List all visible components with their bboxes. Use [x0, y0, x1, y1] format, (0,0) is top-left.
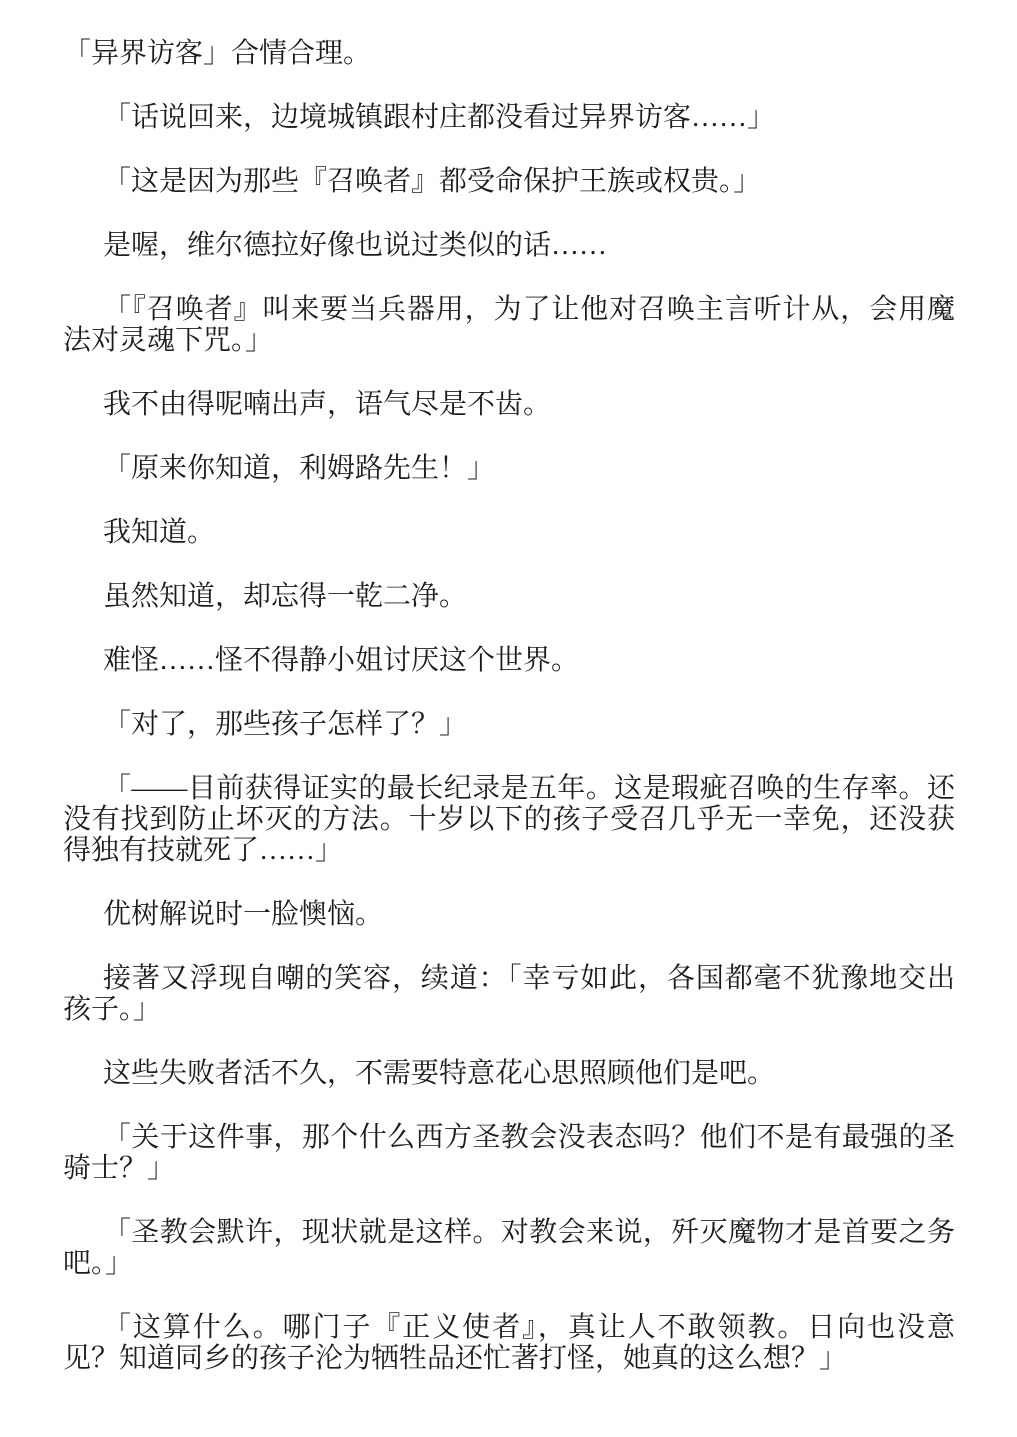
paragraph-10: 难怪……怪不得静小姐讨厌这个世界。 — [63, 645, 955, 676]
paragraph-15: 这些失败者活不久，不需要特意花心思照顾他们是吧。 — [63, 1058, 955, 1089]
paragraph-4: 是喔，维尔德拉好像也说过类似的话…… — [63, 230, 955, 261]
paragraph-7: 「原来你知道，利姆路先生！」 — [63, 453, 955, 484]
paragraph-13: 优树解说时一脸懊恼。 — [63, 899, 955, 930]
paragraph-11: 「对了，那些孩子怎样了？」 — [63, 709, 955, 740]
paragraph-12: 「——目前获得证实的最长纪录是五年。这是瑕疵召唤的生存率。还没有找到防止坏灭的方… — [63, 773, 955, 866]
paragraph-17: 「圣教会默许，现状就是这样。对教会来说，歼灭魔物才是首要之务吧。」 — [63, 1217, 955, 1279]
paragraph-1: 「异界访客」合情合理。 — [63, 38, 955, 69]
paragraph-16: 「关于这件事，那个什么西方圣教会没表态吗？他们不是有最强的圣骑士？」 — [63, 1122, 955, 1184]
paragraph-9: 虽然知道，却忘得一乾二净。 — [63, 581, 955, 612]
paragraph-3: 「这是因为那些『召唤者』都受命保护王族或权贵。」 — [63, 166, 955, 197]
paragraph-18: 「这算什么。哪门子『正义使者』，真让人不敢领教。日向也没意见？知道同乡的孩子沦为… — [63, 1312, 955, 1374]
paragraph-8: 我知道。 — [63, 517, 955, 548]
document-page: 「异界访客」合情合理。 「话说回来，边境城镇跟村庄都没看过异界访客……」 「这是… — [0, 0, 1017, 1437]
paragraph-2: 「话说回来，边境城镇跟村庄都没看过异界访客……」 — [63, 102, 955, 133]
paragraph-5: 「『召唤者』叫来要当兵器用，为了让他对召唤主言听计从，会用魔法对灵魂下咒。」 — [63, 294, 955, 356]
paragraph-14: 接著又浮现自嘲的笑容，续道：「幸亏如此，各国都毫不犹豫地交出孩子。」 — [63, 963, 955, 1025]
paragraph-6: 我不由得呢喃出声，语气尽是不齿。 — [63, 389, 955, 420]
page-body: 「异界访客」合情合理。 「话说回来，边境城镇跟村庄都没看过异界访客……」 「这是… — [63, 38, 955, 1374]
